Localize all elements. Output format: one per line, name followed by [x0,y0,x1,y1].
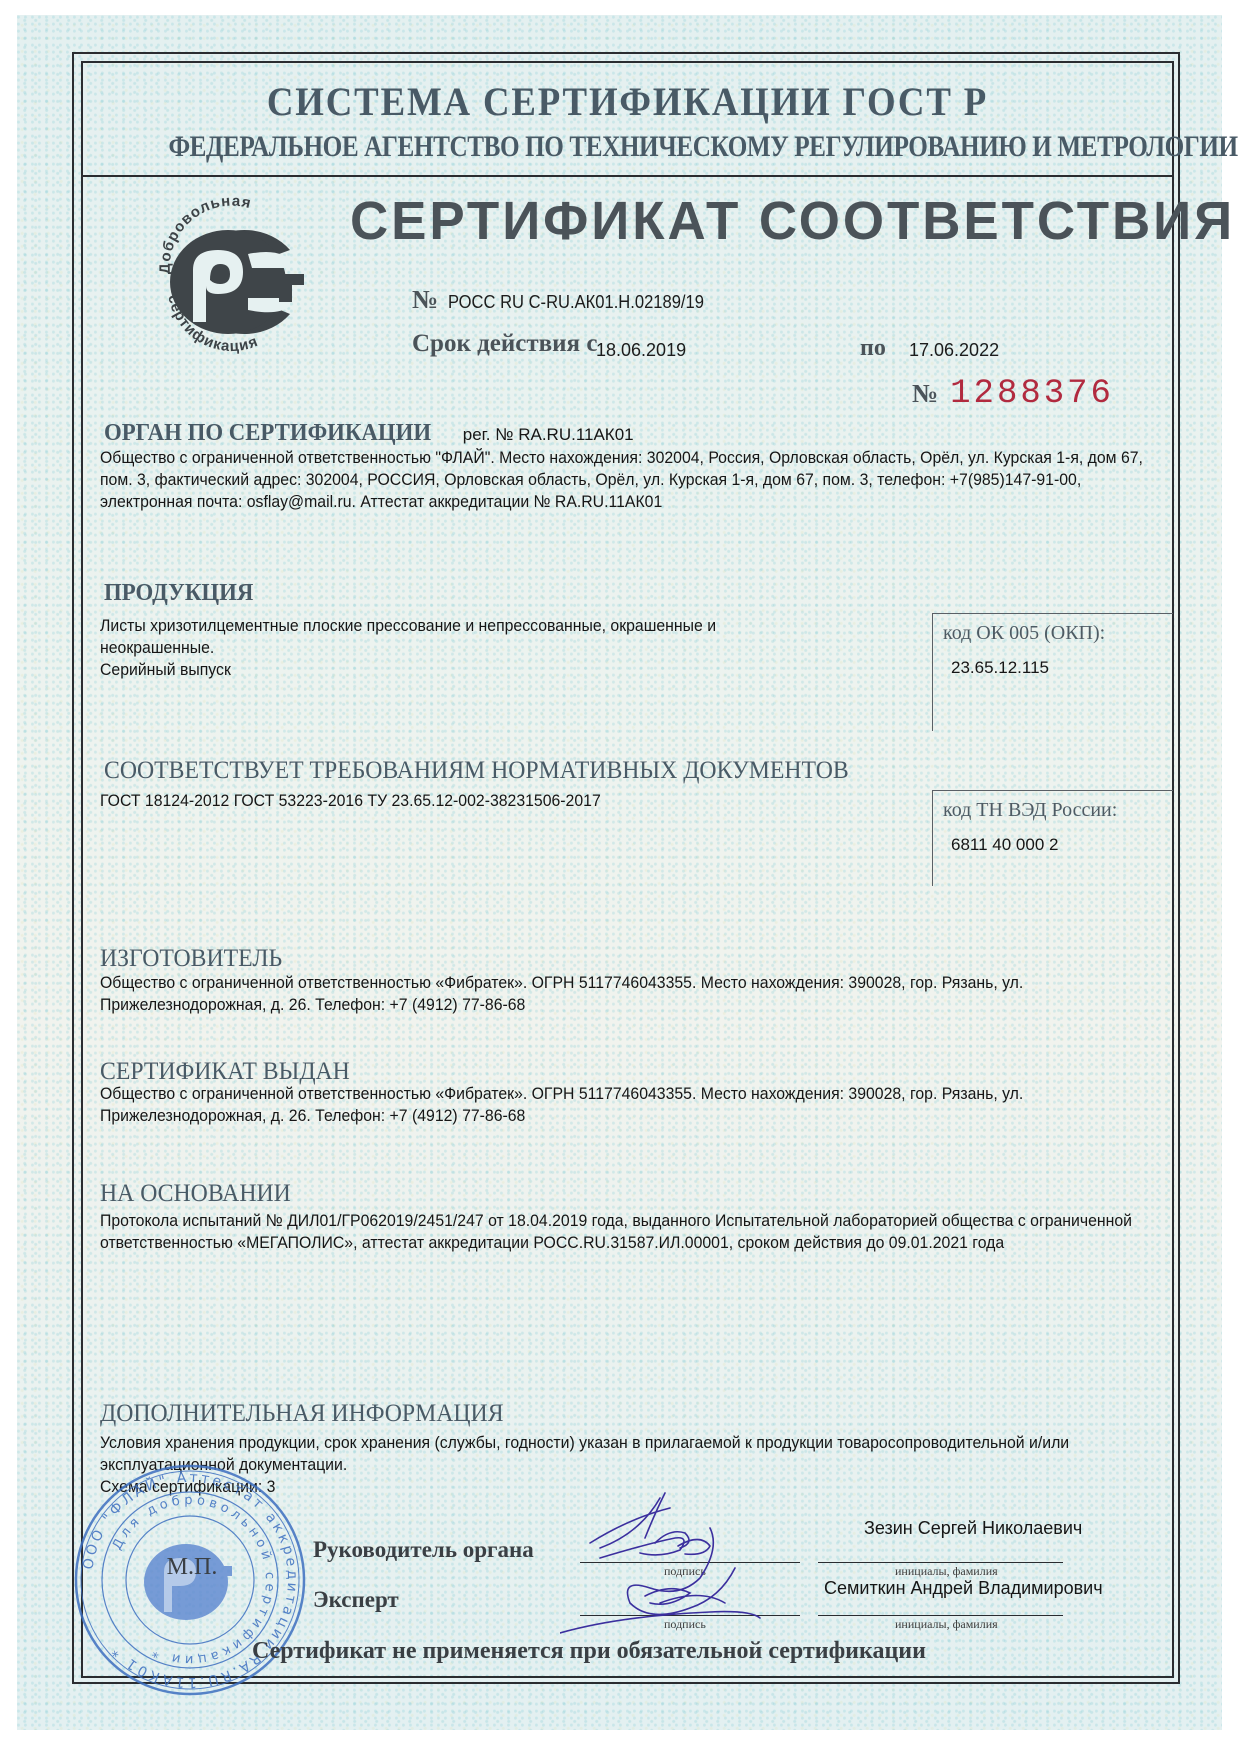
product-description: Листы хризотилцементные плоские прессова… [100,615,825,681]
basis-text: Протокола испытаний № ДИЛ01/ГР062019/245… [100,1210,1170,1254]
issued-to-text: Общество с ограниченной ответственностью… [100,1083,1170,1127]
issued-to-heading-wrap: СЕРТИФИКАТ ВЫДАН [100,1058,363,1086]
tnved-code-label: код ТН ВЭД России: [943,799,1117,822]
certification-body-text: Общество с ограниченной ответственностью… [100,447,1160,513]
compliance-heading: СООТВЕТСТВУЕТ ТРЕБОВАНИЯМ НОРМАТИВНЫХ ДО… [104,757,849,785]
additional-heading-wrap: ДОПОЛНИТЕЛЬНАЯ ИНФОРМАЦИЯ [100,1400,525,1428]
compliance-standards: ГОСТ 18124-2012 ГОСТ 53223-2016 ТУ 23.65… [100,790,937,812]
valid-to-date: 17.06.2022 [909,340,999,361]
tnved-code-box: код ТН ВЭД России: 6811 40 000 2 [932,790,1173,886]
additional-heading: ДОПОЛНИТЕЛЬНАЯ ИНФОРМАЦИЯ [100,1400,504,1428]
number-sign: № [412,285,438,315]
product-heading-wrap: ПРОДУКЦИЯ [104,580,261,607]
certification-body-reg-no: рег. № RA.RU.11АК01 [463,425,634,444]
head-of-body-label: Руководитель органа [313,1537,534,1563]
serial-number-line: № 1288376 [912,375,1114,413]
expert-name: Семиткин Андрей Владимирович [824,1578,1103,1599]
registration-number-line: № РОСС RU C-RU.АК01.Н.02189/19 [412,285,726,315]
registration-number: РОСС RU C-RU.АК01.Н.02189/19 [448,292,704,313]
agency-name: ФЕДЕРАЛЬНОЕ АГЕНТСТВО ПО ТЕХНИЧЕСКОМУ РЕ… [168,130,1086,164]
okp-code-value: 23.65.12.115 [951,658,1049,678]
document-title: СЕРТИФИКАТ СООТВЕТСТВИЯ [350,190,1235,252]
manufacturer-heading: ИЗГОТОВИТЕЛЬ [100,945,282,973]
head-name-line [818,1562,1063,1563]
svg-text:М.П.: М.П. [167,1554,218,1580]
header-divider [81,175,1174,177]
manufacturer-heading-wrap: ИЗГОТОВИТЕЛЬ [100,945,292,973]
validity-label: Срок действия с [412,330,597,358]
system-title: СИСТЕМА СЕРТИФИКАЦИИ ГОСТ Р [125,78,1131,125]
product-name: Листы хризотилцементные плоские прессова… [100,615,825,659]
okp-code-label: код ОК 005 (ОКП): [943,622,1105,645]
serial-number: 1288376 [950,375,1114,413]
expert-name-line [818,1615,1063,1616]
basis-heading: НА ОСНОВАНИИ [100,1180,291,1208]
issued-to-heading: СЕРТИФИКАТ ВЫДАН [100,1058,350,1086]
product-heading: ПРОДУКЦИЯ [104,580,253,607]
rst-logo-icon: Добровольная сертификация [148,192,313,357]
valid-to-label: по [860,335,886,362]
certification-body-heading-line: ОРГАН ПО СЕРТИФИКАЦИИ рег. № RA.RU.11АК0… [104,420,634,447]
serial-sign: № [912,379,938,409]
head-name: Зезин Сергей Николаевич [864,1518,1082,1539]
product-series: Серийный выпуск [100,659,825,681]
expert-label: Эксперт [313,1587,399,1613]
tnved-code-value: 6811 40 000 2 [951,835,1058,855]
basis-heading-wrap: НА ОСНОВАНИИ [100,1180,301,1208]
okp-code-box: код ОК 005 (ОКП): 23.65.12.115 [932,613,1173,731]
certification-body-heading: ОРГАН ПО СЕРТИФИКАЦИИ [104,420,431,447]
head-name-caption: инициалы, фамилия [895,1564,998,1579]
handwritten-signature-icon [560,1488,800,1638]
compliance-heading-wrap: СООТВЕТСТВУЕТ ТРЕБОВАНИЯМ НОРМАТИВНЫХ ДО… [104,757,888,785]
footer-note: Сертификат не применяется при обязательн… [252,1638,926,1665]
valid-from-date: 18.06.2019 [596,340,686,361]
expert-name-caption: инициалы, фамилия [895,1617,998,1632]
manufacturer-text: Общество с ограниченной ответственностью… [100,972,1170,1016]
